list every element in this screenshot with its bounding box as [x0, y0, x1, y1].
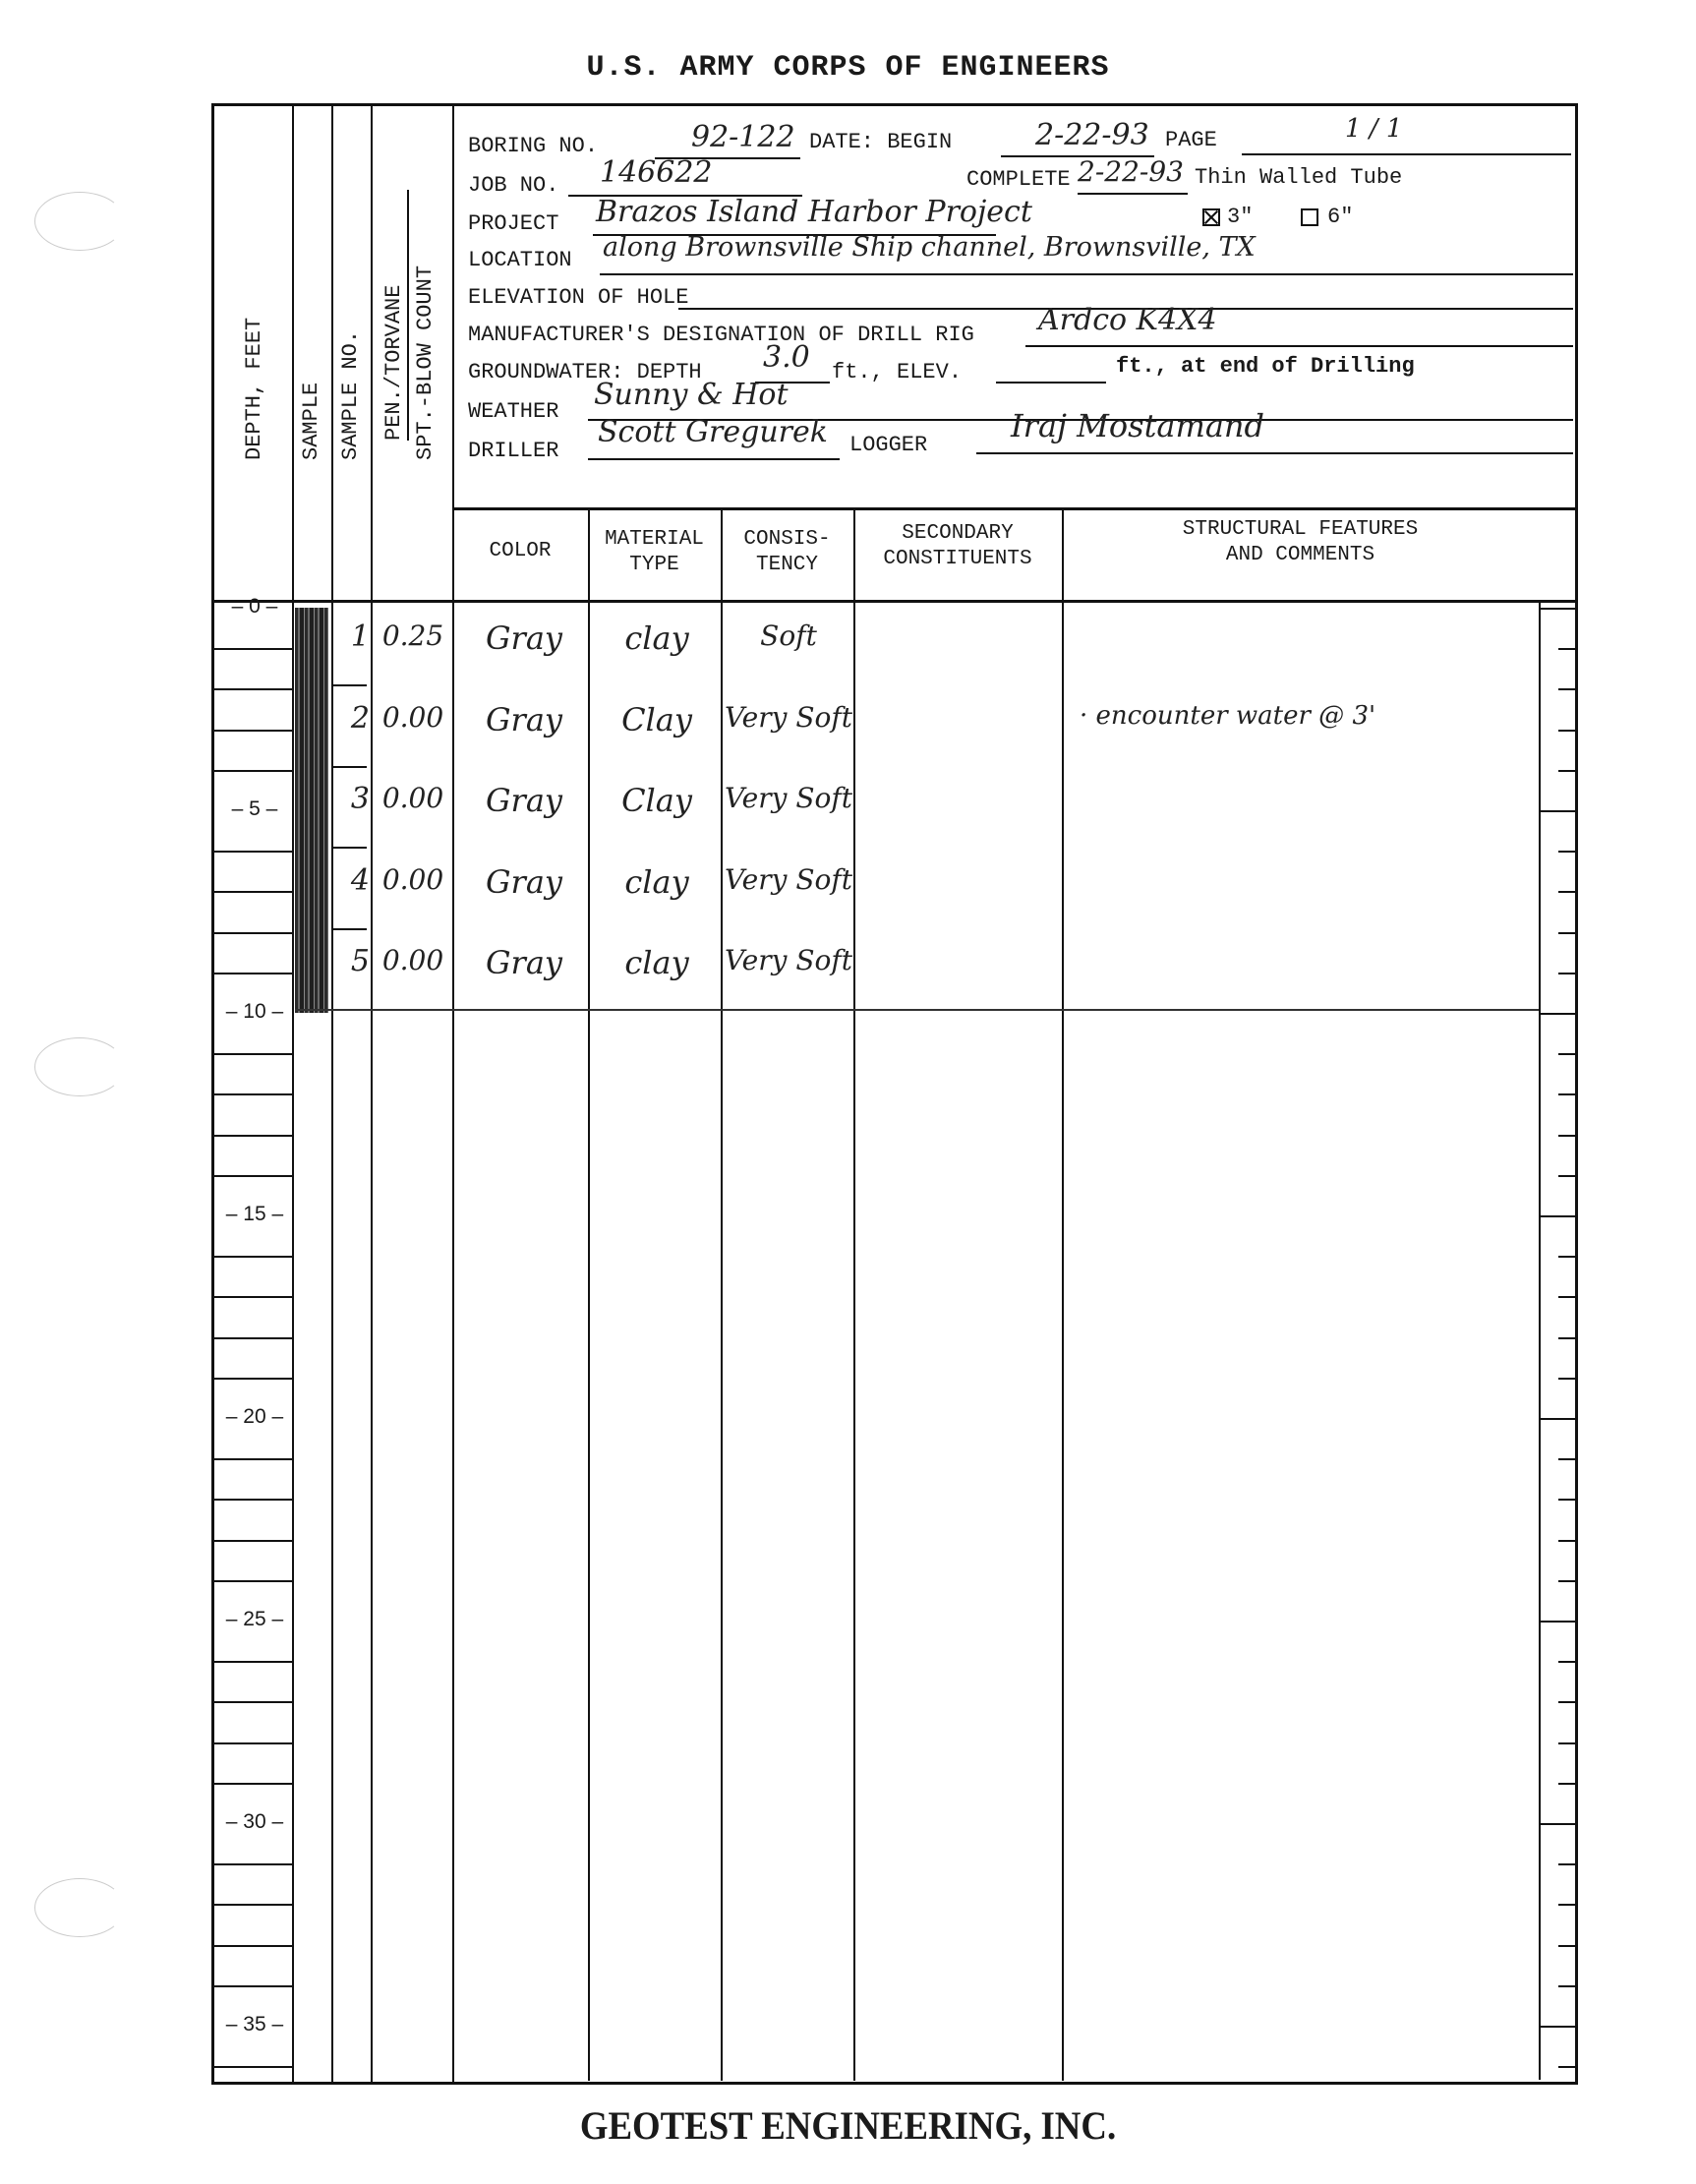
- tube-6in-label: 6": [1327, 205, 1353, 229]
- color-cell: Gray: [460, 620, 588, 657]
- drill-rig-value: Ardco K4X4: [1038, 303, 1217, 337]
- boring-no-label: BORING NO.: [468, 134, 598, 158]
- comment-cell: · encounter water @ 3': [1080, 701, 1532, 731]
- page-label: PAGE: [1165, 128, 1217, 152]
- material-type-cell: clay: [593, 944, 721, 981]
- punch-hole-mark: [34, 1878, 125, 1937]
- sample-no-cell: 3: [334, 782, 370, 816]
- date-begin-value: 2-22-93: [1035, 118, 1149, 152]
- column-header-sample-no: SAMPLE NO.: [338, 330, 363, 460]
- material-type-cell: clay: [593, 863, 721, 901]
- consistency-cell: Soft: [724, 620, 853, 652]
- sample-no-cell: 2: [334, 701, 370, 736]
- color-cell: Gray: [460, 863, 588, 901]
- driller-label: DRILLER: [468, 439, 558, 463]
- document-title: U.S. ARMY CORPS OF ENGINEERS: [0, 51, 1696, 85]
- tube-label: Thin Walled Tube: [1195, 165, 1402, 190]
- column-header-structural-features: STRUCTURAL FEATURESAND COMMENTS: [1062, 517, 1539, 568]
- location-label: LOCATION: [468, 248, 572, 272]
- punch-hole-mark: [34, 192, 125, 251]
- boring-log-form: DEPTH, FEET SAMPLE SAMPLE NO. PEN./TORVA…: [211, 103, 1578, 2085]
- depth-label: – 15 –: [214, 1203, 295, 1226]
- location-value: along Brownsville Ship channel, Brownsvi…: [603, 232, 1256, 263]
- depth-label: – 30 –: [214, 1810, 295, 1834]
- pen-torvane-cell: 0.00: [374, 701, 452, 734]
- material-type-cell: clay: [593, 620, 721, 657]
- material-type-cell: Clay: [593, 782, 721, 819]
- consistency-cell: Very Soft: [724, 782, 853, 814]
- color-cell: Gray: [460, 944, 588, 981]
- tube-6in-checkbox[interactable]: [1301, 208, 1318, 226]
- column-header-color: COLOR: [452, 539, 588, 564]
- weather-value: Sunny & Hot: [594, 378, 789, 412]
- column-header-material-type: MATERIALTYPE: [588, 527, 721, 578]
- boring-no-value: 92-122: [691, 120, 795, 154]
- pen-torvane-cell: 0.00: [374, 782, 452, 814]
- sample-no-cell: 1: [334, 620, 370, 654]
- depth-label: – 10 –: [214, 1000, 295, 1024]
- depth-label: – 35 –: [214, 2013, 295, 2036]
- color-cell: Gray: [460, 701, 588, 738]
- column-header-pen-torvane: PEN./TORVANE: [381, 285, 406, 441]
- driller-value: Scott Gregurek: [598, 415, 828, 449]
- consistency-cell: Very Soft: [724, 701, 853, 734]
- end-of-drilling-label: ft., at end of Drilling: [1116, 354, 1415, 379]
- groundwater-depth-value: 3.0: [763, 340, 810, 375]
- column-header-depth: DEPTH, FEET: [242, 318, 266, 460]
- punch-hole-mark: [34, 1037, 125, 1096]
- project-value: Brazos Island Harbor Project: [596, 195, 1032, 229]
- column-header-secondary-constituents: SECONDARYCONSTITUENTS: [853, 521, 1062, 572]
- column-header-spt-blow-count: SPT.-BLOW COUNT: [413, 266, 438, 460]
- tube-3in-label: 3": [1227, 205, 1253, 229]
- weather-label: WEATHER: [468, 399, 558, 424]
- tube-3in-checkbox[interactable]: [1202, 208, 1220, 226]
- depth-label: – 5 –: [214, 797, 295, 821]
- sample-interval-bar: [295, 608, 328, 1013]
- job-no-label: JOB NO.: [468, 173, 558, 198]
- material-type-cell: Clay: [593, 701, 721, 738]
- pen-torvane-cell: 0.00: [374, 863, 452, 896]
- depth-label: – 20 –: [214, 1405, 295, 1429]
- sample-no-cell: 4: [334, 863, 370, 898]
- depth-label: – 0 –: [214, 595, 295, 619]
- complete-label: COMPLETE: [966, 167, 1071, 192]
- project-label: PROJECT: [468, 211, 558, 236]
- column-header-sample: SAMPLE: [299, 383, 323, 460]
- page-value: 1 / 1: [1345, 114, 1402, 144]
- drill-rig-label: MANUFACTURER'S DESIGNATION OF DRILL RIG: [468, 323, 974, 347]
- date-complete-value: 2-22-93: [1078, 155, 1184, 188]
- logger-value: Iraj Mostamand: [1011, 407, 1264, 444]
- job-no-value: 146622: [600, 155, 713, 190]
- color-cell: Gray: [460, 782, 588, 819]
- consistency-cell: Very Soft: [724, 944, 853, 976]
- pen-torvane-cell: 0.25: [374, 620, 452, 652]
- depth-label: – 25 –: [214, 1608, 295, 1631]
- date-begin-label: DATE: BEGIN: [809, 130, 952, 154]
- company-footer: GEOTEST ENGINEERING, INC.: [68, 2102, 1628, 2149]
- elevation-label: ELEVATION OF HOLE: [468, 285, 688, 310]
- consistency-cell: Very Soft: [724, 863, 853, 896]
- pen-torvane-cell: 0.00: [374, 944, 452, 976]
- sample-no-cell: 5: [334, 944, 370, 978]
- logger-label: LOGGER: [849, 433, 927, 457]
- groundwater-elev-label: ft., ELEV.: [832, 360, 962, 384]
- column-header-consistency: CONSIS-TENCY: [721, 527, 853, 578]
